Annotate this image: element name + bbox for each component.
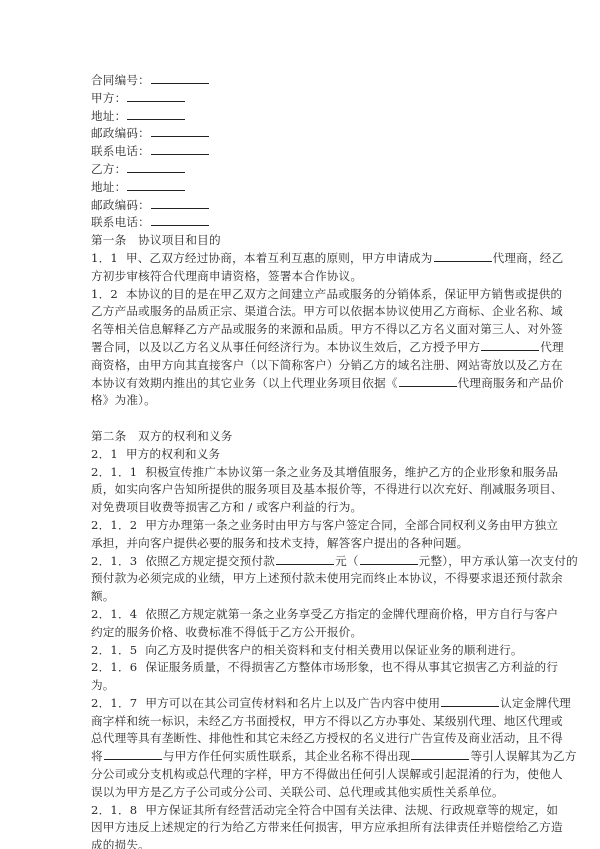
blank-field[interactable] <box>360 553 418 565</box>
clause-2-1-7: 2．1．7甲方可以在其公司宣传材料和名片上以及广告内容中使用认定金牌代理 <box>91 695 583 713</box>
blank-field[interactable] <box>411 748 469 760</box>
field-phone-b: 联系电话： <box>91 214 583 232</box>
blank-field[interactable] <box>399 375 457 387</box>
blank-field[interactable] <box>127 179 185 191</box>
blank-field[interactable] <box>481 339 539 351</box>
contract-body: 合同编号： 甲方： 地址： 邮政编码： 联系电话： 乙方： 地址： 邮政编码： … <box>91 72 583 849</box>
clause-2-1-4: 2．1．4依照乙方规定就第一条之业务享受乙方指定的金牌代理商价格，甲方自行与客户 <box>91 606 583 624</box>
section-2-1: 2．1甲方的权利和义务 <box>91 446 583 464</box>
clause-2-1-3: 2．1．3依照乙方规定提交预付款元（元整），甲方承认第一次支付的 <box>91 553 583 571</box>
field-party-a: 甲方： <box>91 90 583 108</box>
article-1-title: 第一条 协议项目和目的 <box>91 232 583 250</box>
blank-field[interactable] <box>104 748 162 760</box>
blank-field[interactable] <box>151 197 209 209</box>
article-2-title: 第二条 双方的权利和义务 <box>91 428 583 446</box>
blank-field[interactable] <box>434 250 492 262</box>
blank-field[interactable] <box>127 108 185 120</box>
field-contract-number: 合同编号： <box>91 72 583 90</box>
document-page: 合同编号： 甲方： 地址： 邮政编码： 联系电话： 乙方： 地址： 邮政编码： … <box>0 0 600 849</box>
clause-2-1-6: 2．1．6保证服务质量，不得损害乙方整体市场形象，也不得从事其它损害乙方利益的行 <box>91 659 583 677</box>
clause-1-1: 1．1甲、乙双方经过协商，本着互利互惠的原则，甲方申请成为代理商，经乙 <box>91 250 583 268</box>
field-party-b: 乙方： <box>91 161 583 179</box>
blank-field[interactable] <box>151 143 209 155</box>
field-address-b: 地址： <box>91 179 583 197</box>
clause-1-2: 1．2本协议的目的是在甲乙双方之间建立产品或服务的分销体系，保证甲方销售或提供的 <box>91 286 583 304</box>
blank-field[interactable] <box>151 214 209 226</box>
blank-field[interactable] <box>151 72 209 84</box>
field-postcode-b: 邮政编码： <box>91 197 583 215</box>
field-postcode-a: 邮政编码： <box>91 125 583 143</box>
field-address-a: 地址： <box>91 108 583 126</box>
clause-2-1-8: 2．1．8甲方保证其所有经营活动完全符合中国有关法律、法规、行政规章等的规定，如 <box>91 802 583 820</box>
clause-2-1-5: 2．1．5向乙方及时提供客户的相关资料和支付相关费用以保证业务的顺利进行。 <box>91 642 583 660</box>
clause-2-1-2: 2．1．2甲方办理第一条之业务时由甲方与客户签定合同，全部合同权利义务由甲方独立 <box>91 517 583 535</box>
blank-field[interactable] <box>276 553 334 565</box>
clause-2-1-1: 2．1．1积极宣传推广本协议第一条之业务及其增值服务，维护乙方的企业形象和服务品 <box>91 464 583 482</box>
blank-field[interactable] <box>441 695 499 707</box>
blank-field[interactable] <box>151 125 209 137</box>
blank-field[interactable] <box>127 161 185 173</box>
field-phone-a: 联系电话： <box>91 143 583 161</box>
blank-field[interactable] <box>127 90 185 102</box>
